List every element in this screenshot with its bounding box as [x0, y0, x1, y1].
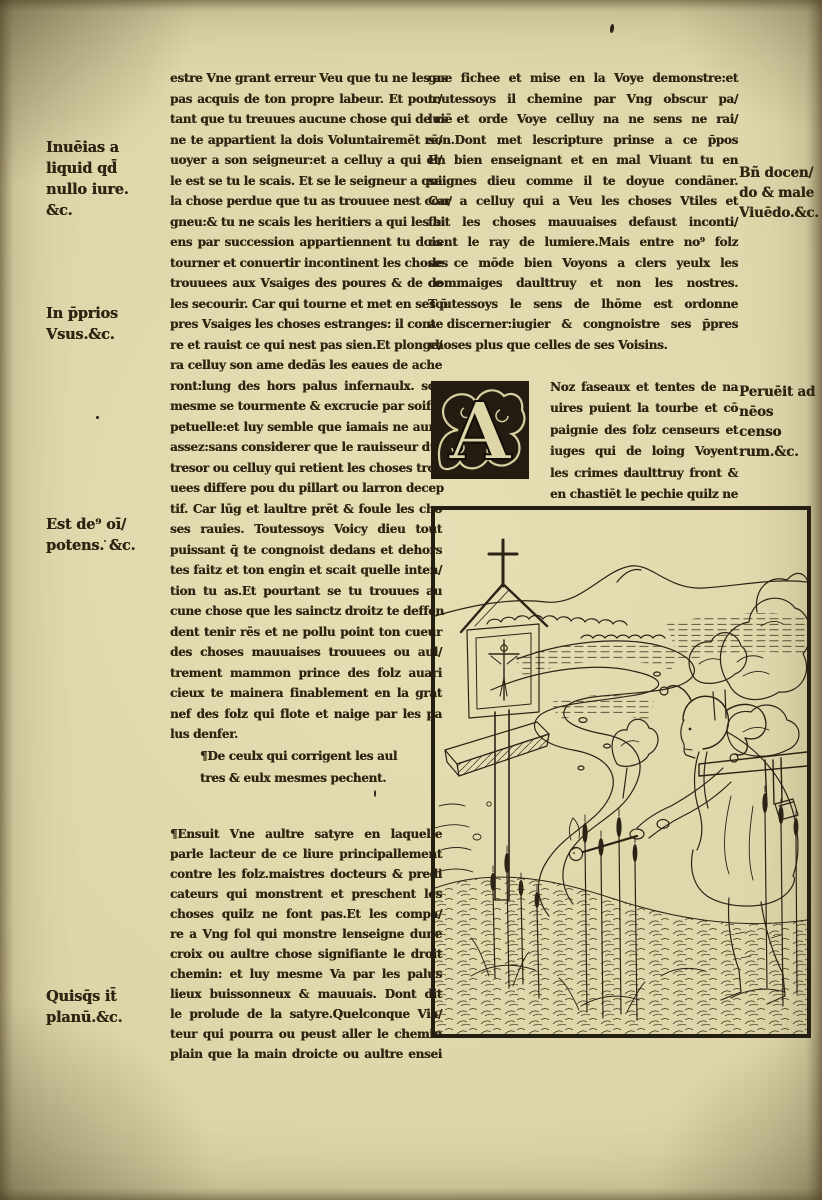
text-line: le prolude de la satyre.Quelconque Via/: [170, 1004, 442, 1024]
text-line: cune chose que les sainctz droitz te def…: [170, 601, 442, 622]
text-line: trouuees aux Vsaiges des poures & de ce: [170, 273, 442, 294]
text-line: ront:lung des hors palus infernaulx. soy: [170, 376, 442, 397]
text-line: uires puient la tourbe et cō: [550, 398, 738, 419]
text-line: tresor ou celluy qui retient les choses …: [170, 458, 442, 479]
text-line: seignes dieu comme il te doyue condāner.: [428, 171, 738, 192]
ink-speck: [96, 416, 99, 419]
text-line: choses plus que celles de ses Voisins.: [428, 335, 738, 356]
text-line: pas acquis de ton propre labeur. Et pour…: [170, 89, 442, 110]
margin-note-latin: In p̄prios Vsus.&c.: [46, 303, 168, 345]
text-line: re a Vng fol qui monstre lenseigne dune: [170, 924, 442, 944]
text-line: uoyer a son seigneur:et a celluy a qui e…: [170, 150, 442, 171]
text-line: lus et orde Voye celluy na ne sens ne ra…: [428, 109, 738, 130]
marotte-head: [570, 848, 583, 861]
text-line: dent tenir rēs et ne pollu point ton cue…: [170, 622, 442, 643]
left-column-paragraph-2: ¶Ensuit Vne aultre satyre en laquellepar…: [170, 824, 442, 1064]
right-column-paragraph: gne fichee et mise en la Voye demonstre:…: [428, 68, 738, 355]
text-line: parle lacteur de ce liure principallemen…: [170, 844, 442, 864]
text-line: fait les choses mauuaises defaust incont…: [428, 212, 738, 233]
text-line: le est se tu le scais. Et se le seigneur…: [170, 171, 442, 192]
text-line: puissant q̄ te congnoist dedans et dehor…: [170, 540, 442, 561]
text-line: son.Dont met lescripture prinse a ce p̄p…: [428, 130, 738, 151]
text-line: ses rauies. Toutessoys Voicy dieu tout: [170, 519, 442, 540]
text-line: les secourir. Car qui tourne et met en s…: [170, 294, 442, 315]
text-line: tant que tu treuues aucune chose qui de …: [170, 109, 442, 130]
section-heading: ¶De ceulx qui corrigent les aultres & eu…: [170, 746, 442, 789]
left-column-paragraph: estre Vne grant erreur Veu que tu ne les…: [170, 68, 442, 745]
text-line: ¶De ceulx qui corrigent les aul: [170, 746, 442, 768]
margin-note-latin: Bñ docen/ do & male Viuēdo.&c.: [739, 163, 819, 223]
text-line: choses quilz ne font pas.Et les compa/: [170, 904, 442, 924]
margin-note-latin: Peruēit ad nēos censo rum.&c.: [739, 382, 819, 462]
text-line: cateurs qui monstrent et preschent les: [170, 884, 442, 904]
ink-speck: [609, 24, 614, 33]
text-line: plain que la main droicte ou aultre ense…: [170, 1044, 442, 1064]
decorated-initial-a-icon: A: [430, 380, 530, 480]
text-line: Noz faseaux et tentes de na: [550, 377, 738, 398]
margin-note-latin: Inuēias a liquid qd̄ nullo iure. &c.: [46, 137, 168, 221]
text-line: toutessoys il chemine par Vng obscur pa/: [428, 89, 738, 110]
text-line: lieux buissonneux & mauuais. Dont dit: [170, 984, 442, 1004]
text-line: re et rauist ce qui nest pas sien.Et plo…: [170, 335, 442, 356]
margin-note-latin: Quisq̄s it̄ planū.&c.: [46, 986, 168, 1028]
woodcut-illustration: [431, 506, 811, 1038]
text-line: ens par succession appartiennent tu dois: [170, 232, 442, 253]
text-line: des choses mauuaises trouuees ou aul/: [170, 642, 442, 663]
text-line: tres & eulx mesmes pechent.: [170, 768, 442, 790]
text-line: croix ou aultre chose signifiante le dro…: [170, 944, 442, 964]
book-page: Inuēias a liquid qd̄ nullo iure. &c. In …: [0, 0, 822, 1200]
text-line: petuelle:et luy semble que iamais ne aur…: [170, 417, 442, 438]
text-line: pres Vsaiges les choses estranges: il co…: [170, 314, 442, 335]
text-line: uees differe pou du pillart ou larron de…: [170, 478, 442, 499]
text-line: gne fichee et mise en la Voye demonstre:…: [428, 68, 738, 89]
text-line: tif. Car lūg et laultre prēt & foule les…: [170, 499, 442, 520]
text-line: ne te appartient la dois Voluntairemēt r…: [170, 130, 442, 151]
text-line: assez:sans considerer que le rauisseur d…: [170, 437, 442, 458]
margin-note-latin: Est de⁹ oī/ potens. &c.: [46, 514, 168, 556]
text-line: tion tu as.Et pourtant se tu trouues au: [170, 581, 442, 602]
text-line: de ce mōde bien Voyons a clers yeulx les: [428, 253, 738, 274]
initial-letter: A: [448, 384, 512, 478]
text-line: contre les folz.maistres docteurs & pred…: [170, 864, 442, 884]
text-line: lus denfer.: [170, 724, 442, 745]
text-line: trement mammon prince des folz auari: [170, 663, 442, 684]
text-line: dommaiges daulttruy et non les nostres.: [428, 273, 738, 294]
text-line: teur qui pourra ou peust aller le chemin: [170, 1024, 442, 1044]
text-line: les crimes daulttruy front &: [550, 463, 738, 484]
marsh-water: [435, 802, 491, 872]
text-line: Car a celluy qui a Veu les choses Vtiles…: [428, 191, 738, 212]
marotte-staff: [583, 836, 637, 852]
text-line: nef des folz qui flote et naige par les …: [170, 704, 442, 725]
text-line: a discerner:iugier & congnoistre ses p̄p…: [428, 314, 738, 335]
text-line: paignie des folz censeurs et: [550, 420, 738, 441]
text-line: ¶Ensuit Vne aultre satyre en laquelle: [170, 824, 442, 844]
text-line: nent le ray de lumiere.Mais entre no⁹ fo…: [428, 232, 738, 253]
text-line: mesme se tourmente & excrucie par soif p…: [170, 396, 442, 417]
fallen-beam: [445, 722, 549, 776]
text-line: Toutessoys le sens de lhōme est ordonne: [428, 294, 738, 315]
text-line: en chastiēt le pechie quilz ne: [550, 484, 738, 505]
text-line: estre Vne grant erreur Veu que tu ne les…: [170, 68, 442, 89]
ink-speck: [374, 790, 376, 797]
text-line: ra celluy son ame dedās les eaues de ach…: [170, 355, 442, 376]
wayside-cross-shrine: [461, 540, 547, 900]
ink-speck: [104, 540, 106, 542]
text-line: gneu:& tu ne scais les heritiers a qui l…: [170, 212, 442, 233]
winding-road: [491, 641, 694, 916]
text-line: la chose perdue que tu as trouuee nest c…: [170, 191, 442, 212]
text-line: En bien enseignant et en mal Viuant tu e…: [428, 150, 738, 171]
text-line: tourner et conuertir incontinent les cho…: [170, 253, 442, 274]
text-line: iuges qui de loing Voyent: [550, 441, 738, 462]
initial-paragraph: Noz faseaux et tentes de nauires puient …: [550, 377, 738, 505]
text-line: tes faitz et ton engin et scait quelle i…: [170, 560, 442, 581]
text-line: cieux te mainera finablement en la grāt: [170, 683, 442, 704]
text-line: chemin: et luy mesme Va par les palus: [170, 964, 442, 984]
